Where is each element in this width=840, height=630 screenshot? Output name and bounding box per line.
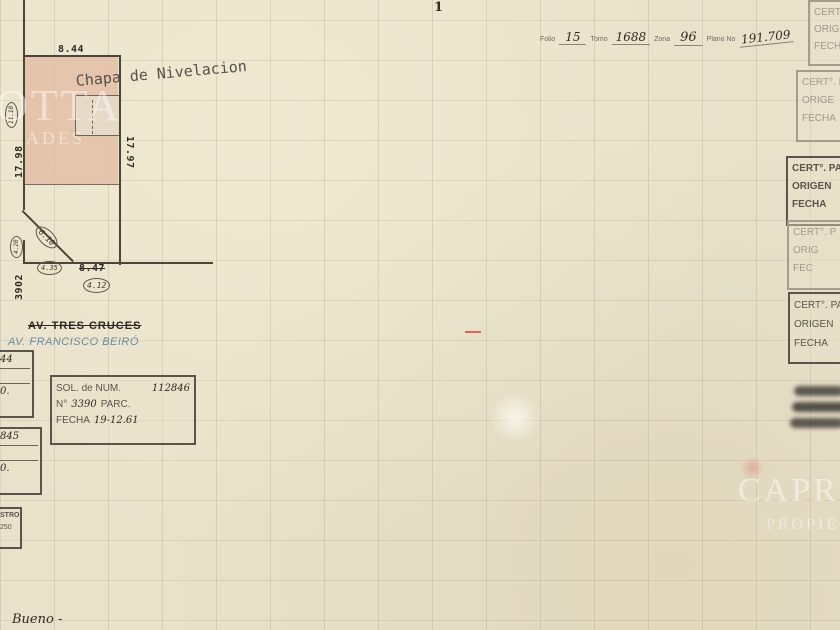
grid-lines bbox=[0, 0, 840, 630]
folio-label: Folio bbox=[540, 36, 555, 43]
cert5-l3: FECHA bbox=[794, 334, 840, 353]
left-partial-stamp-2: 845 0. bbox=[0, 427, 42, 495]
partial3-line1: STRO bbox=[0, 510, 18, 522]
dim-bottom: 8.47 bbox=[79, 263, 105, 274]
folio-value: 15 bbox=[559, 30, 586, 45]
circled-bottom: 4.12 bbox=[83, 278, 110, 293]
dim-left: 17.98 bbox=[14, 145, 25, 178]
stain bbox=[485, 395, 545, 440]
red-mark bbox=[465, 331, 481, 333]
cert-stamp-2: CERT°. P ORIGE FECHA bbox=[796, 70, 840, 142]
page-number: 1 bbox=[434, 0, 443, 15]
cert-stamp-4: CERT°. P ORIG FEC bbox=[787, 220, 840, 290]
watermark-right-sub: PROPIE bbox=[766, 516, 839, 534]
street-francisco-beiro: AV. FRANCISCO BEIRÓ bbox=[8, 336, 139, 348]
cert2-l3: FECHA bbox=[802, 110, 840, 128]
partial2-top: 845 bbox=[0, 429, 38, 446]
zona-label: Zona bbox=[654, 36, 670, 43]
circled-bottom-left: 4.35 bbox=[37, 261, 62, 275]
fecha-label: FECHA bbox=[56, 413, 90, 429]
dim-corner: 3902 bbox=[14, 274, 25, 300]
partial2-bottom: 0. bbox=[0, 461, 38, 477]
num-value: 3390 bbox=[71, 397, 96, 413]
left-corner-line bbox=[23, 240, 25, 264]
cert5-l1: CERT°. PA bbox=[794, 296, 840, 315]
lot-split-line bbox=[25, 184, 119, 185]
partial3-line2: 250 bbox=[0, 522, 18, 534]
cert4-l2: ORIG bbox=[793, 242, 840, 260]
cert3-l1: CERT°. PA bbox=[792, 160, 840, 178]
cert3-l2: ORIGEN bbox=[792, 178, 840, 196]
watermark-left: OTTA bbox=[0, 80, 122, 131]
street-tres-cruces: AV. TRES CRUCES bbox=[28, 320, 141, 332]
cert1-l1: CERT° bbox=[814, 4, 840, 21]
plano-value: 191.709 bbox=[739, 27, 794, 48]
tomo-label: Tomo bbox=[590, 36, 607, 43]
cert-stamp-1: CERT° ORIG FECH bbox=[808, 0, 840, 66]
cert2-l1: CERT°. P bbox=[802, 74, 840, 92]
top-boundary bbox=[23, 55, 119, 57]
ink-blot bbox=[790, 378, 840, 438]
dim-right: 17.97 bbox=[124, 136, 135, 169]
num-label: N° bbox=[56, 397, 67, 413]
dim-top: 8.44 bbox=[58, 44, 84, 55]
watermark-left-sub: ADES bbox=[26, 128, 85, 149]
solicitud-stamp: SOL. de NUM.112846 N°3390PARC. FECHA19-1… bbox=[50, 375, 196, 445]
left-partial-stamp-1: 44 0. bbox=[0, 350, 34, 418]
partial1-top: 44 bbox=[0, 352, 30, 369]
cert5-l2: ORIGEN bbox=[794, 315, 840, 334]
cert2-l2: ORIGE bbox=[802, 92, 840, 110]
cert-stamp-3: CERT°. PA ORIGEN FECHA bbox=[786, 156, 840, 226]
tomo-value: 1688 bbox=[612, 30, 651, 45]
cert-stamp-5: CERT°. PA ORIGEN FECHA bbox=[788, 292, 840, 364]
plano-label: Plano No bbox=[707, 36, 736, 43]
handwritten-signature: Bueno - bbox=[12, 612, 62, 627]
left-partial-stamp-3: STRO 250 bbox=[0, 507, 22, 549]
watermark-right: CAPRO bbox=[738, 472, 840, 510]
fecha-value: 19-12.61 bbox=[94, 413, 139, 429]
sol-value: 112846 bbox=[152, 381, 190, 397]
parc-label: PARC. bbox=[101, 397, 131, 413]
zona-value: 96 bbox=[674, 30, 703, 46]
circled-left: 4.20 bbox=[10, 236, 23, 258]
cert4-l3: FEC bbox=[793, 260, 840, 278]
sol-label: SOL. de NUM. bbox=[56, 381, 121, 397]
cert1-l3: FECH bbox=[814, 38, 840, 55]
cert4-l1: CERT°. P bbox=[793, 224, 840, 242]
record-header: Folio 15 Tomo 1688 Zona 96 Plano No 191.… bbox=[540, 30, 793, 46]
partial1-bottom: 0. bbox=[0, 384, 30, 400]
cert3-l3: FECHA bbox=[792, 196, 840, 214]
cert1-l2: ORIG bbox=[814, 21, 840, 38]
